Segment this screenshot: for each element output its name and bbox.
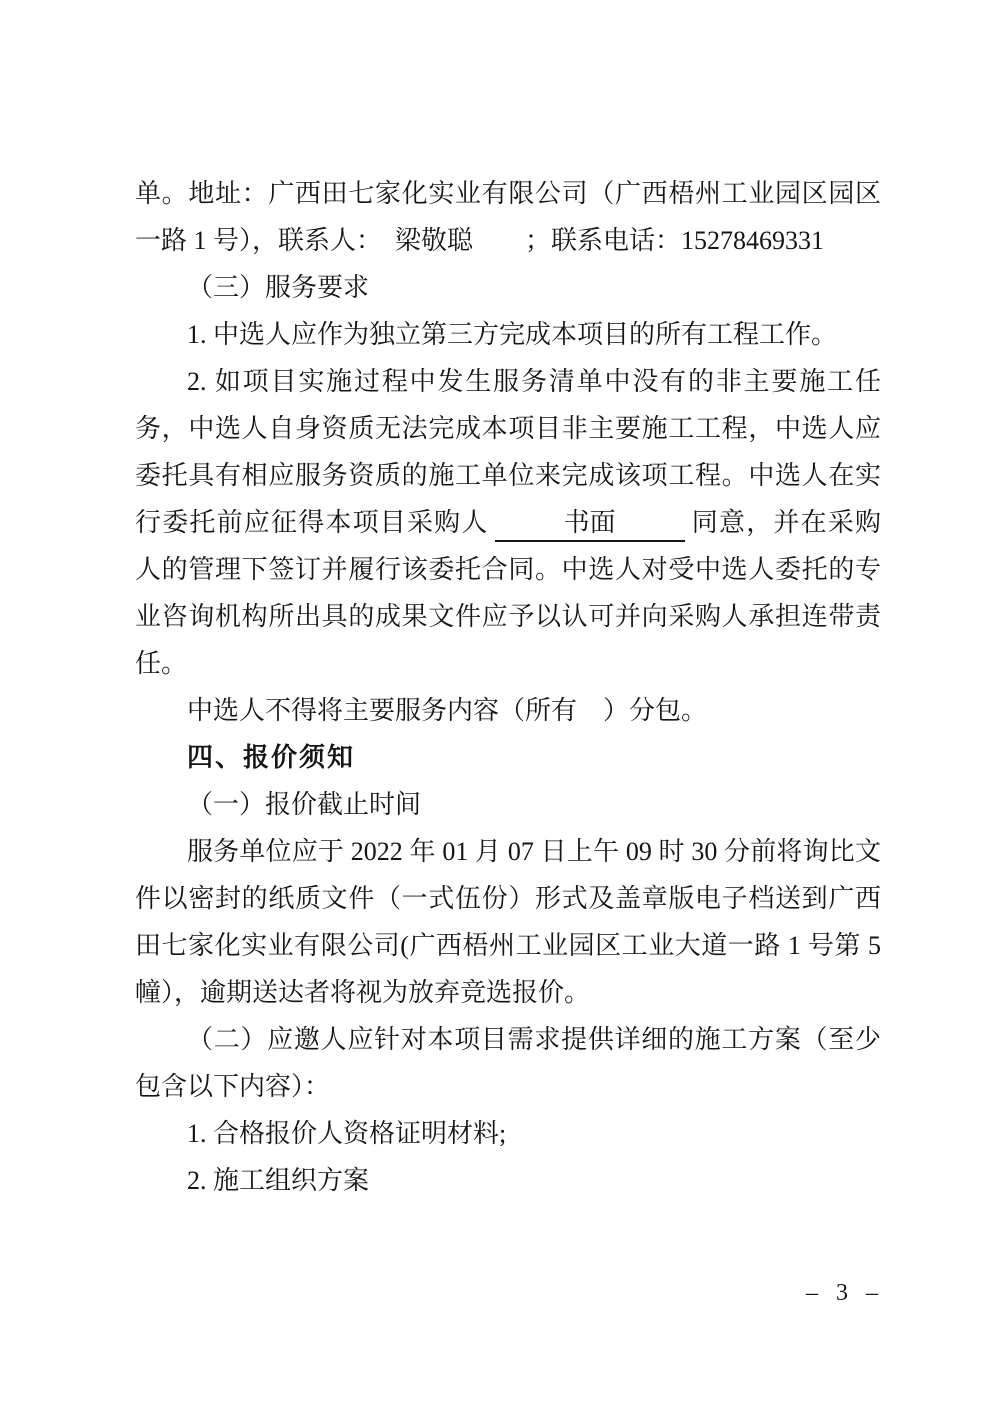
paragraph-section-3-heading: （三）服务要求	[135, 264, 881, 311]
document-body: 单。地址：广西田七家化实业有限公司（广西梧州工业园区园区一路 1 号），联系人：…	[135, 170, 881, 1204]
paragraph-address-contact: 单。地址：广西田七家化实业有限公司（广西梧州工业园区园区一路 1 号），联系人：…	[135, 170, 881, 264]
paragraph-plan-item-1: 1. 合格报价人资格证明材料;	[135, 1110, 881, 1157]
paragraph-section-4-2: （二）应邀人应针对本项目需求提供详细的施工方案（至少包含以下内容）：	[135, 1016, 881, 1110]
paragraph-service-item-1: 1. 中选人应作为独立第三方完成本项目的所有工程工作。	[135, 311, 881, 358]
paragraph-plan-item-2: 2. 施工组织方案	[135, 1157, 881, 1204]
blank-underline-field: 书面	[495, 506, 685, 542]
paragraph-section-4-1-heading: （一）报价截止时间	[135, 781, 881, 828]
paragraph-deadline: 服务单位应于 2022 年 01 月 07 日上午 09 时 30 分前将询比文…	[135, 828, 881, 1016]
page-number: – 3 –	[790, 1280, 900, 1307]
paragraph-no-subcontract: 中选人不得将主要服务内容（所有 ）分包。	[135, 687, 881, 734]
document-page: 单。地址：广西田七家化实业有限公司（广西梧州工业园区园区一路 1 号），联系人：…	[0, 0, 1000, 1414]
paragraph-service-item-2: 2. 如项目实施过程中发生服务清单中没有的非主要施工任务，中选人自身资质无法完成…	[135, 358, 881, 687]
paragraph-section-4-heading: 四、报价须知	[135, 734, 881, 781]
